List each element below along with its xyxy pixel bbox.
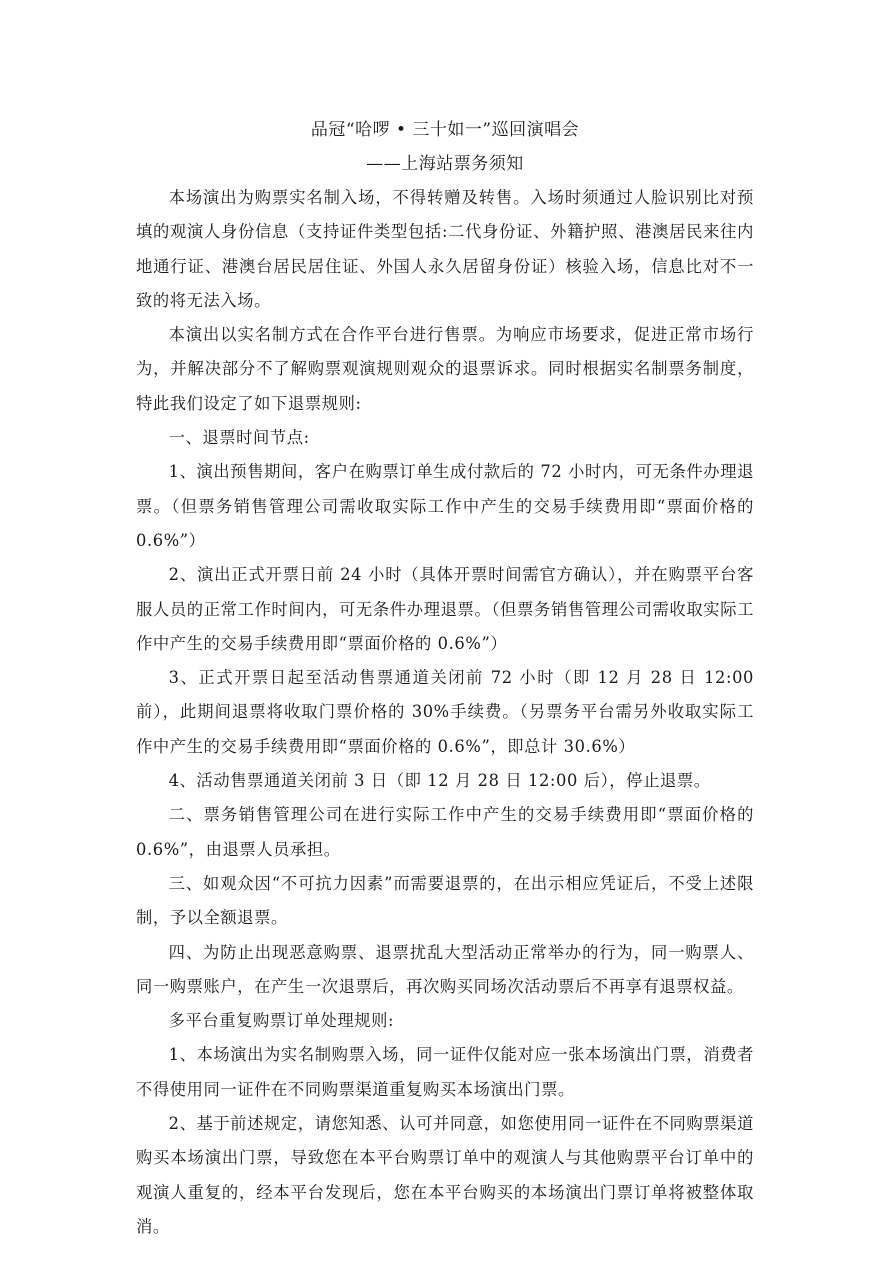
rule-before-onsale-refund: 2、演出正式开票日前 24 小时（具体开票时间需官方确认），并在购票平台客服人员… [136,558,754,661]
section-heading-multi-platform: 多平台重复购票订单处理规则: [136,1004,754,1038]
document-page: 品冠“哈啰 • 三十如一”巡回演唱会 ——上海站票务须知 本场演出为购票实名制入… [136,113,754,1244]
paragraph-real-name-entry: 本场演出为购票实名制入场，不得转赠及转售。入场时须通过人脸识别比对预填的观演人身… [136,181,754,318]
section-transaction-fee: 二、票务销售管理公司在进行实际工作中产生的交易手续费用即“票面价格的 0.6%”… [136,798,754,867]
rule-stop-refund: 4、活动售票通道关闭前 3 日（即 12 月 28 日 12:00 后），停止退… [136,764,754,798]
document-title: 品冠“哈啰 • 三十如一”巡回演唱会 [136,113,754,147]
rule-duplicate-order-cancel: 2、基于前述规定，请您知悉、认可并同意，如您使用同一证件在不同购票渠道购买本场演… [136,1107,754,1244]
rule-one-id-one-ticket: 1、本场演出为实名制购票入场，同一证件仅能对应一张本场演出门票，消费者不得使用同… [136,1038,754,1107]
paragraph-refund-intro: 本演出以实名制方式在合作平台进行售票。为响应市场要求，促进正常市场行为，并解决部… [136,318,754,421]
rule-onsale-refund-fee: 3、正式开票日起至活动售票通道关闭前 72 小时（即 12 月 28 日 12:… [136,661,754,764]
section-anti-abuse: 四、为防止出现恶意购票、退票扰乱大型活动正常举办的行为，同一购票人、同一购票账户… [136,936,754,1005]
rule-presale-refund: 1、演出预售期间，客户在购票订单生成付款后的 72 小时内，可无条件办理退票。（… [136,455,754,558]
section-heading-refund-timeline: 一、退票时间节点: [136,421,754,455]
section-force-majeure: 三、如观众因“不可抗力因素”而需要退票的，在出示相应凭证后，不受上述限制，予以全… [136,867,754,936]
document-subtitle: ——上海站票务须知 [136,147,754,181]
